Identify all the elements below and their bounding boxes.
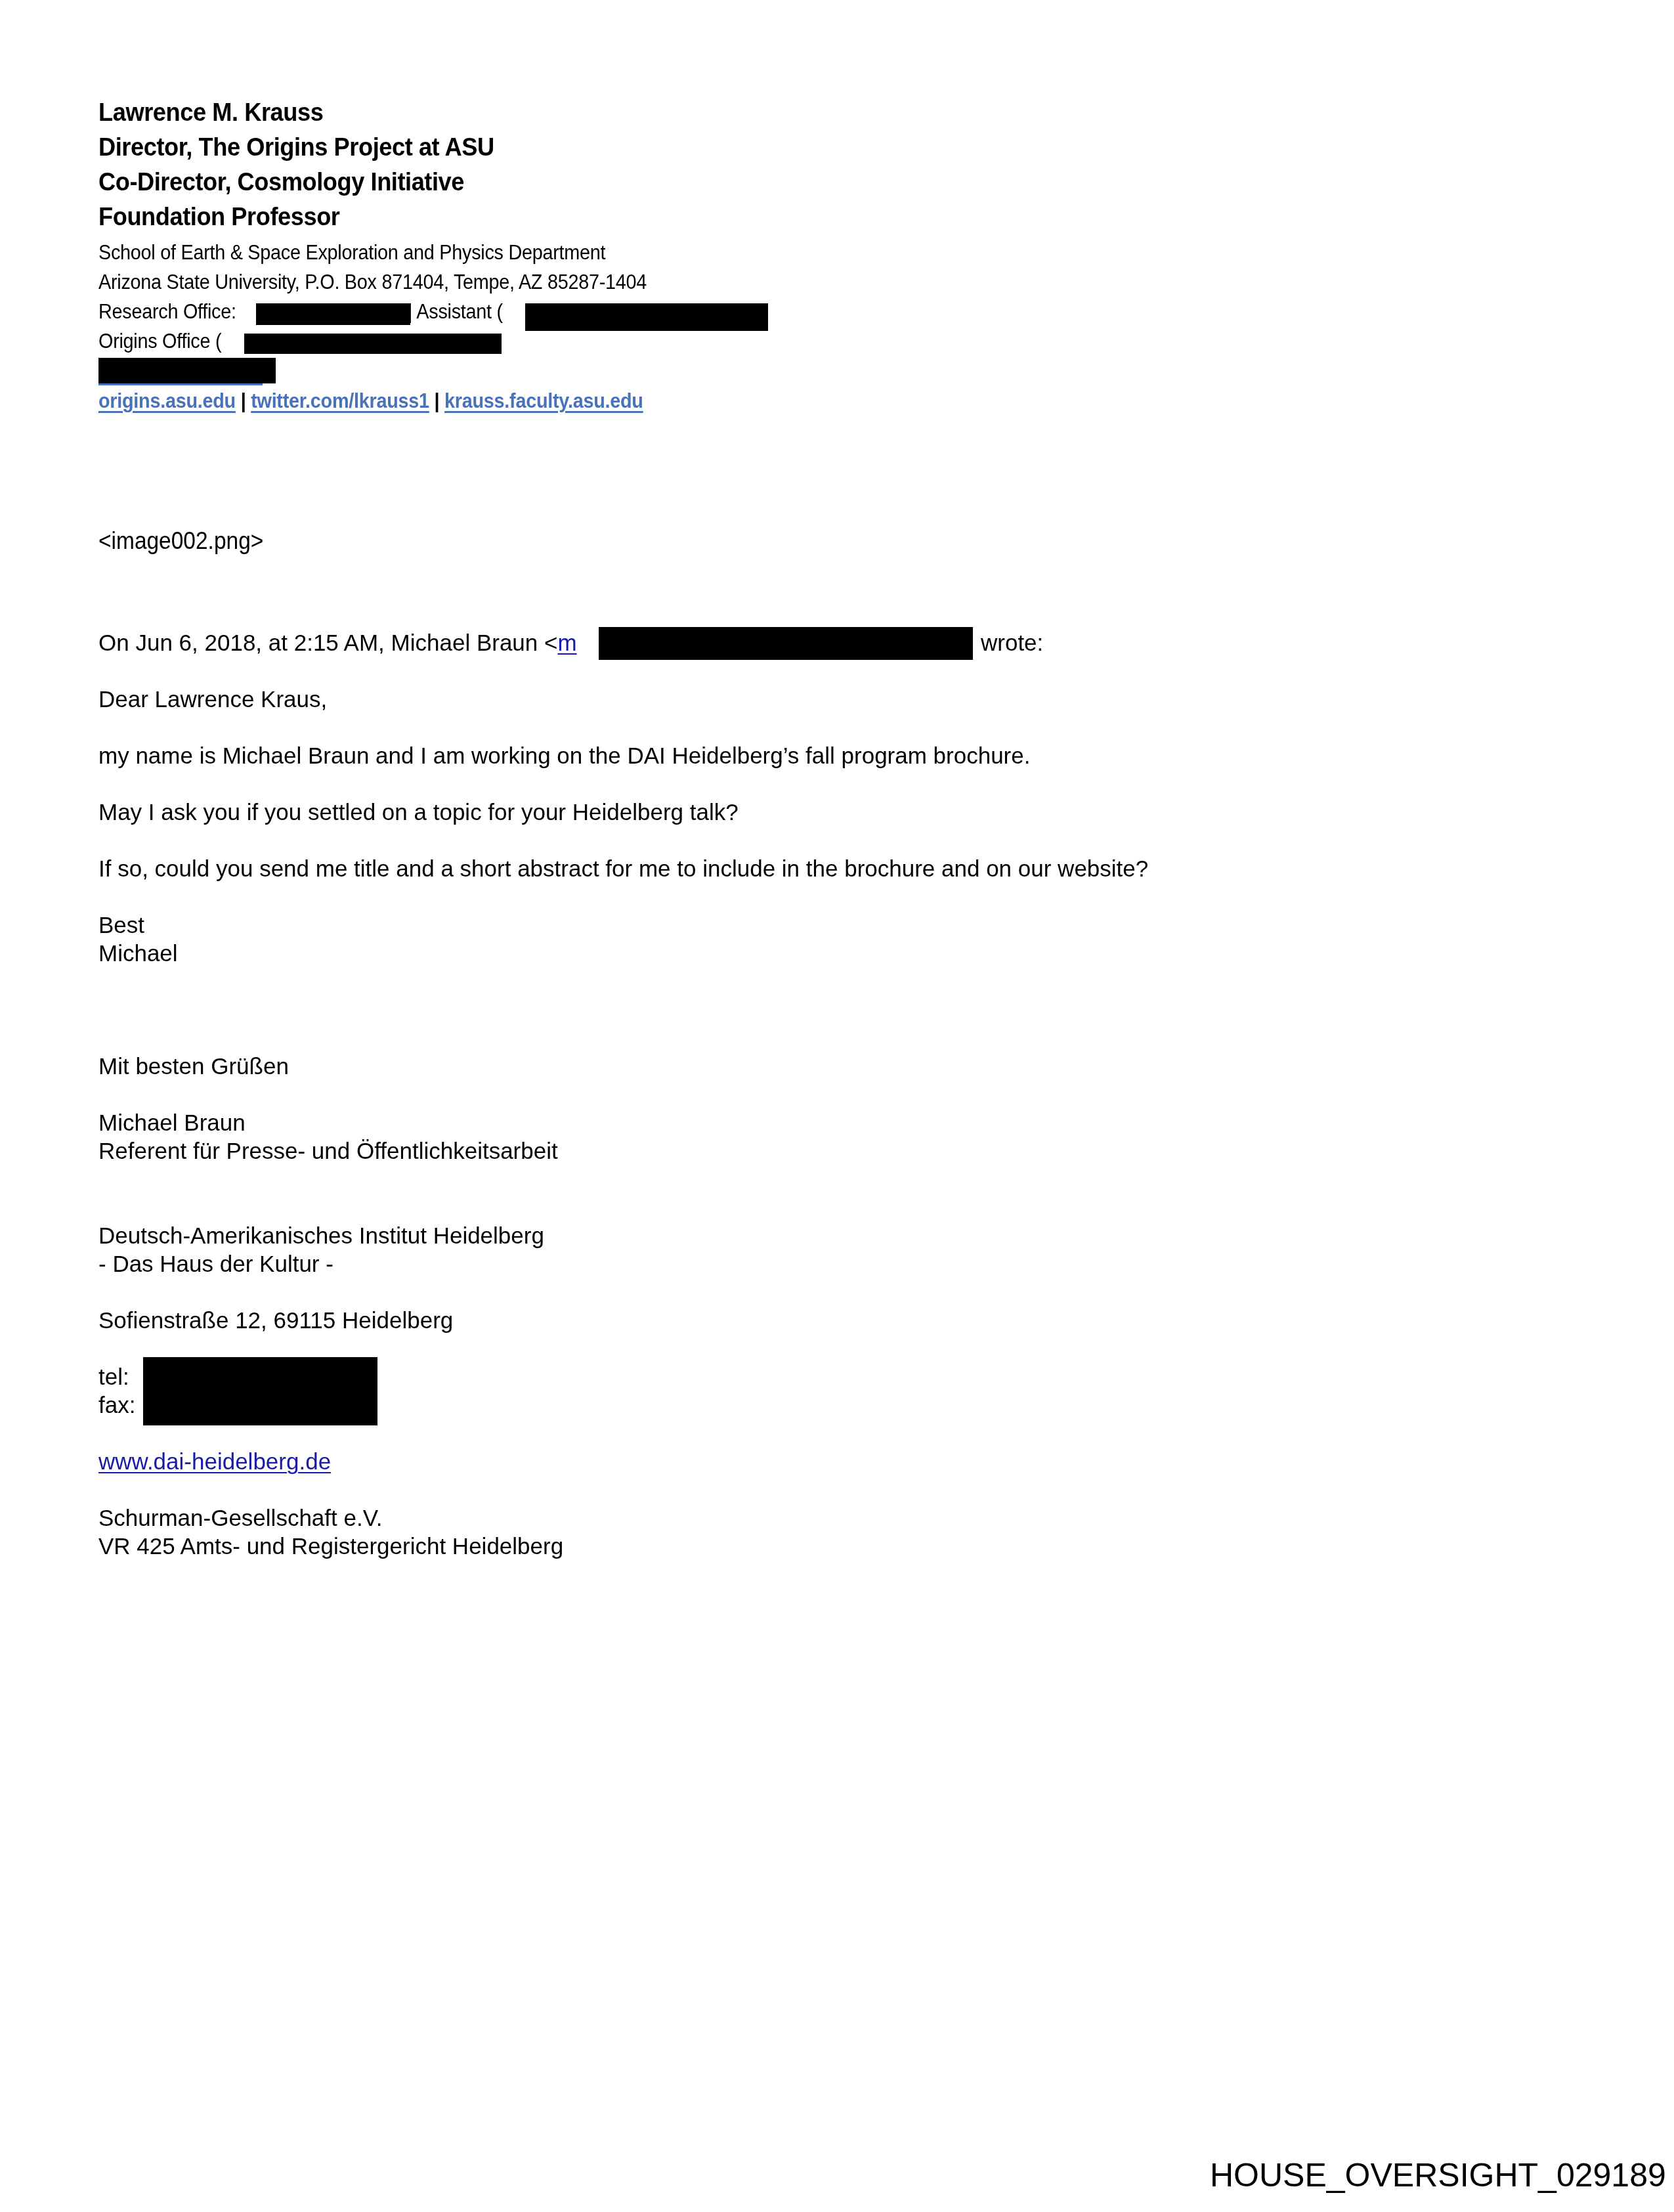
sender-org-name: Deutsch-Amerikanisches Institut Heidelbe… bbox=[98, 1223, 544, 1249]
redaction-email bbox=[98, 358, 276, 383]
link-twitter[interactable]: twitter.com/lkrauss1 bbox=[251, 389, 429, 412]
sender-address: Sofienstraße 12, 69115 Heidelberg bbox=[98, 1308, 453, 1334]
signature-address: Arizona State University, P.O. Box 87140… bbox=[98, 271, 647, 294]
origins-office-label: Origins Office ( bbox=[98, 330, 221, 353]
sender-society: Schurman-Gesellschaft e.V. bbox=[98, 1506, 383, 1532]
redacted-email-link-underline bbox=[98, 383, 263, 385]
redaction-sender-email bbox=[599, 627, 973, 660]
sender-registry: VR 425 Amts- und Registergericht Heidelb… bbox=[98, 1534, 563, 1560]
sender-tel-label: tel: bbox=[98, 1364, 129, 1391]
quoted-header-suffix: wrote: bbox=[981, 630, 1043, 657]
signature-links: origins.asu.edu | twitter.com/lkrauss1 |… bbox=[98, 389, 643, 413]
quoted-header-prefix: On Jun 6, 2018, at 2:15 AM, Michael Brau… bbox=[98, 630, 557, 656]
sender-org-tagline: - Das Haus der Kultur - bbox=[98, 1251, 333, 1278]
signature-name: Lawrence M. Krauss bbox=[98, 98, 323, 127]
research-office-label: Research Office: bbox=[98, 300, 236, 324]
message-paragraph-3: If so, could you send me title and a sho… bbox=[98, 856, 1148, 882]
signature-department: School of Earth & Space Exploration and … bbox=[98, 241, 605, 265]
bates-number: HOUSE_OVERSIGHT_029189 bbox=[1210, 2156, 1666, 2194]
link-separator: | bbox=[435, 389, 440, 412]
link-origins[interactable]: origins.asu.edu bbox=[98, 389, 236, 412]
message-closing-name: Michael bbox=[98, 941, 178, 967]
sender-email-link[interactable]: m bbox=[557, 630, 576, 656]
sender-name: Michael Braun bbox=[98, 1110, 246, 1137]
sender-fax-label: fax: bbox=[98, 1393, 135, 1419]
sender-salutation: Mit besten Grüßen bbox=[98, 1054, 289, 1080]
sender-website: www.dai-heidelberg.de bbox=[98, 1449, 331, 1475]
message-paragraph-1: my name is Michael Braun and I am workin… bbox=[98, 743, 1030, 770]
signature-title-3: Foundation Professor bbox=[98, 203, 340, 232]
assistant-label: | Assistant ( bbox=[408, 300, 503, 324]
redaction-origins-office-phone bbox=[244, 334, 502, 354]
redaction-tel-fax bbox=[143, 1357, 377, 1425]
redaction-research-office-phone bbox=[256, 303, 410, 325]
sender-role: Referent für Presse- und Öffentlichkeits… bbox=[98, 1139, 558, 1165]
signature-title-2: Co-Director, Cosmology Initiative bbox=[98, 168, 464, 197]
quoted-header: On Jun 6, 2018, at 2:15 AM, Michael Brau… bbox=[98, 630, 577, 657]
signature-title-1: Director, The Origins Project at ASU bbox=[98, 133, 494, 162]
message-paragraph-2: May I ask you if you settled on a topic … bbox=[98, 800, 739, 826]
link-faculty-page[interactable]: krauss.faculty.asu.edu bbox=[444, 389, 643, 412]
message-greeting: Dear Lawrence Kraus, bbox=[98, 687, 327, 713]
website-link[interactable]: www.dai-heidelberg.de bbox=[98, 1449, 331, 1475]
attachment-placeholder: <image002.png> bbox=[98, 527, 263, 555]
link-separator: | bbox=[241, 389, 246, 412]
redaction-assistant-contact bbox=[525, 303, 768, 331]
message-closing: Best bbox=[98, 913, 144, 939]
